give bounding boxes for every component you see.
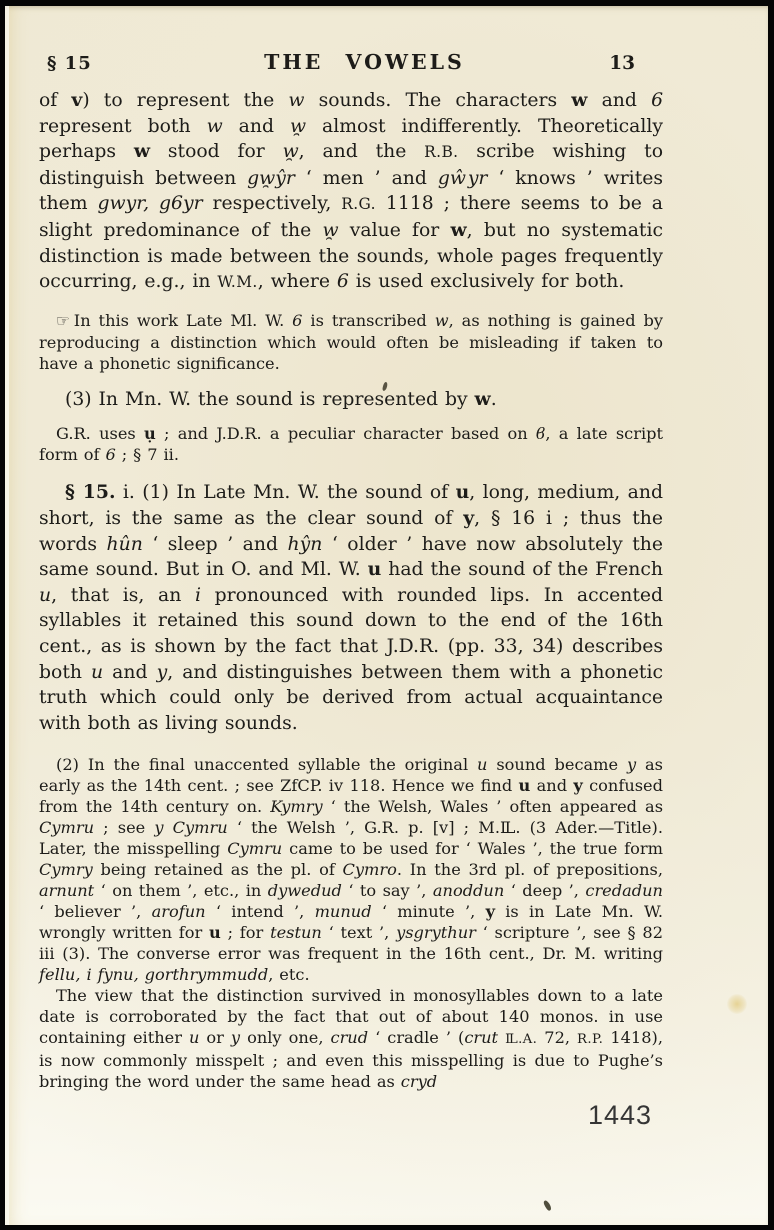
paragraph-mn-w: (3) In Mn. W. the sound is represented b…: [39, 387, 663, 413]
pointing-hand-icon: ☞: [56, 312, 74, 330]
section-number: § 15: [47, 53, 92, 74]
running-title: THE VOWELS: [264, 50, 465, 74]
book-page: § 15 THE VOWELS 13 of v) to represent th…: [5, 6, 768, 1225]
note-paragraph: ☞In this work Late Ml. W. 6 is transcrib…: [39, 310, 663, 374]
paragraph-gr-jdr: G.R. uses ụ ; and J.D.R. a peculiar char…: [39, 423, 663, 465]
text-block: § 15 THE VOWELS 13 of v) to represent th…: [39, 50, 663, 1092]
ink-speck: [542, 1200, 552, 1212]
scan-frame: § 15 THE VOWELS 13 of v) to represent th…: [0, 0, 774, 1230]
paragraph-w-sounds: of v) to represent the w sounds. The cha…: [39, 88, 663, 296]
note-paragraph-text: In this work Late Ml. W. 6 is transcribe…: [39, 311, 663, 373]
folio-number: 13: [609, 53, 635, 74]
page-header: § 15 THE VOWELS 13: [39, 50, 663, 74]
paragraph-monosyllables: The view that the distinction survived i…: [39, 985, 663, 1092]
stain-spot: [727, 994, 747, 1014]
scan-number: 1443: [588, 1100, 652, 1131]
paragraph-section-15: § 15. i. (1) In Late Mn. W. the sound of…: [39, 480, 663, 736]
paragraph-final-syllable: (2) In the final unaccented syllable the…: [39, 754, 663, 985]
